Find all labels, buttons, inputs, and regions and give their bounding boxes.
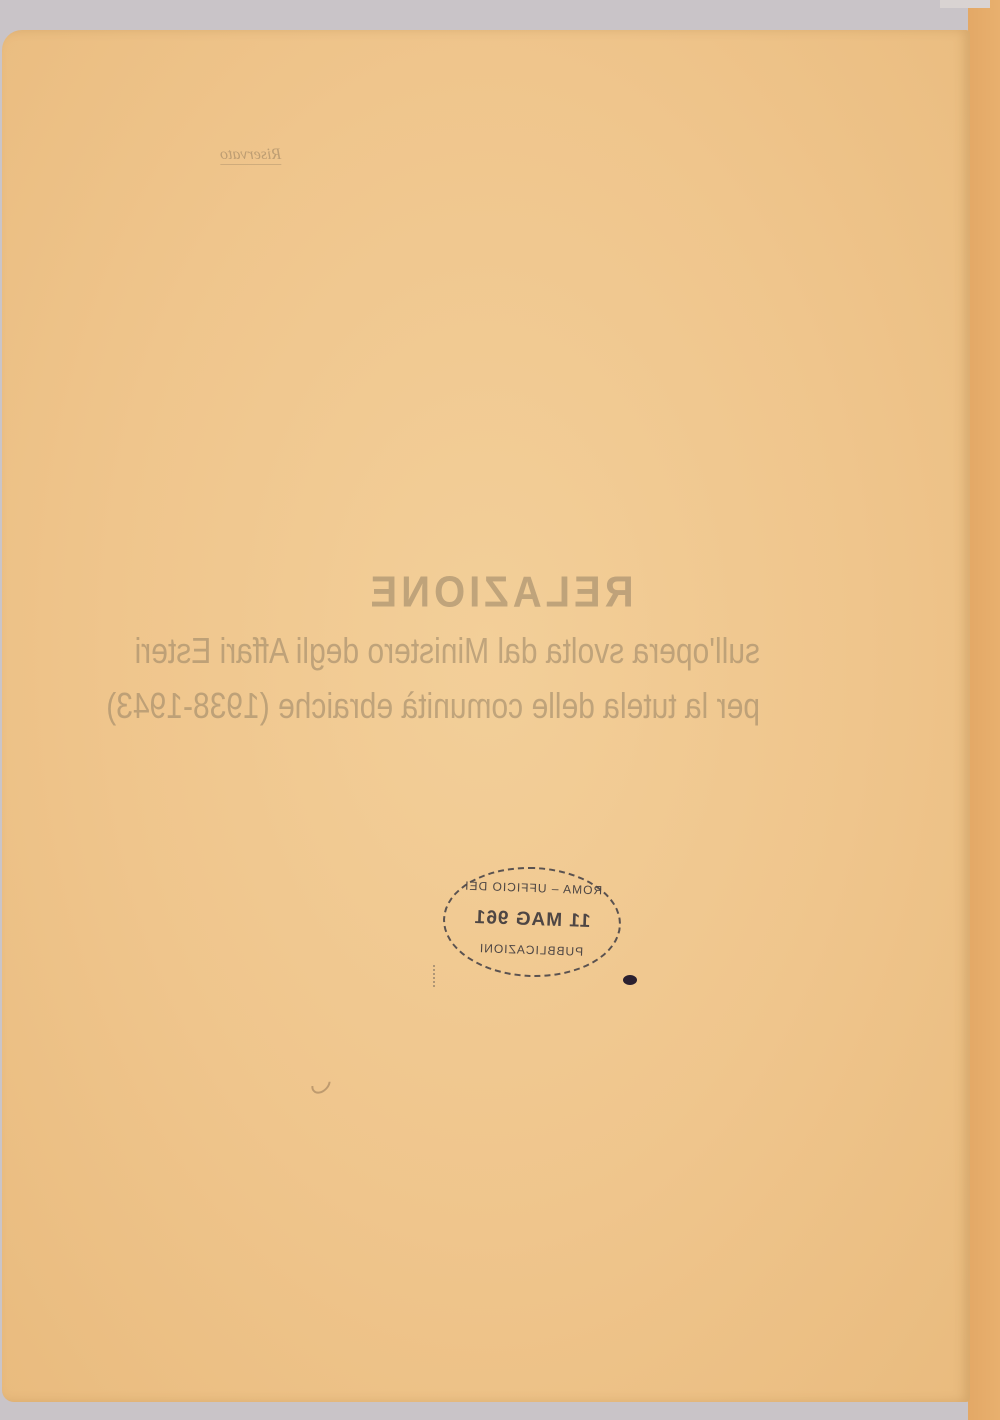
background-gap [940, 0, 990, 8]
pencil-mark [433, 965, 439, 987]
subtitle-line-1: sull'opera svolta dal Ministero degli Af… [240, 632, 760, 673]
subtitle-line-2: per la tutela delle comunità ebraiche (1… [240, 687, 760, 728]
header-mark: Riservato [220, 146, 281, 165]
adjacent-page-edge [968, 0, 1000, 1420]
document-title: RELAZIONE [240, 568, 760, 618]
ink-spot [623, 975, 637, 985]
stamp-date: 11 MAG 961 [445, 906, 620, 934]
stamp-bottom-text: PUBBLICAZIONI [444, 940, 618, 960]
